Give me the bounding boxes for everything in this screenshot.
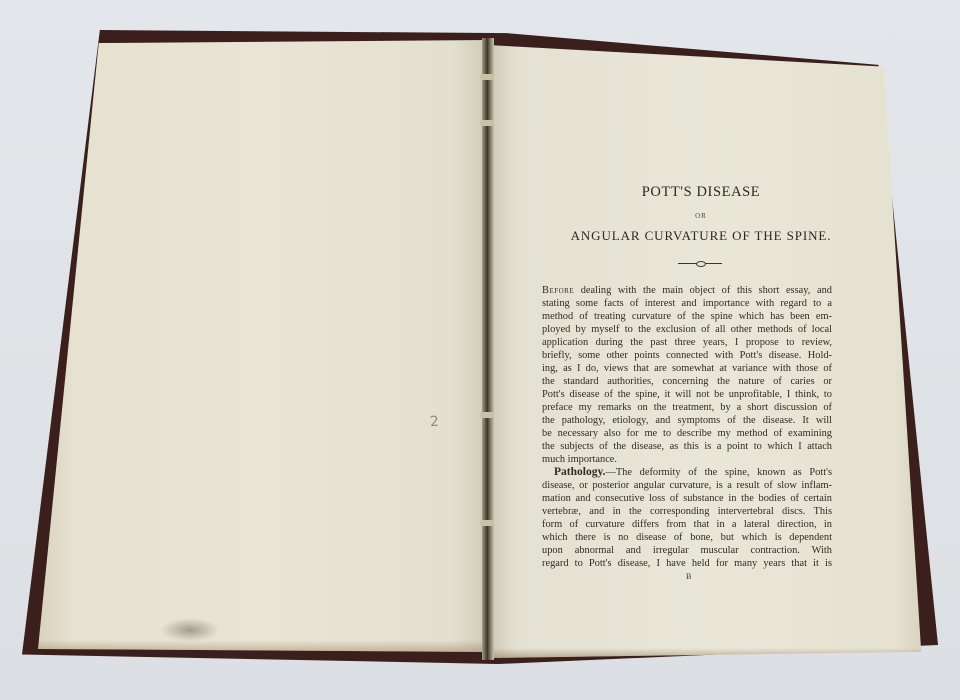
pencil-mark: 2 (429, 414, 439, 431)
text-line: preface my remarks on the treatment, by … (542, 401, 832, 414)
page-subtitle: ANGULAR CURVATURE OF THE SPINE. (534, 228, 868, 244)
text-line: be necessary also for me to describe my … (542, 427, 832, 440)
text-line: vertebræ, and in the corresponding inter… (542, 505, 832, 518)
text-line: Before dealing with the main object of t… (542, 284, 832, 297)
line-text: dealing with the main object of this sho… (574, 285, 832, 296)
text-line: method of treating curvature of the spin… (542, 310, 832, 323)
left-page (38, 40, 488, 652)
line-text: —The deformity of the spine, known as Po… (605, 467, 832, 478)
section-heading: Pathology. (554, 466, 605, 478)
text-line: which there is no disease of bone, but w… (542, 531, 832, 544)
text-line: ing, as I do, views that are somewhat at… (542, 362, 832, 375)
text-line: the standard authorities, concerning the… (542, 375, 832, 388)
text-line: briefly, some other points connected wit… (542, 349, 832, 362)
book-gutter (482, 38, 494, 660)
foxing-stain (160, 618, 220, 642)
text-line: the pathology, etiology, and symptoms of… (542, 414, 832, 427)
text-line: mation and consecutive loss of substance… (542, 492, 832, 505)
signature-mark: B (686, 572, 691, 581)
text-line: regard to Pott's disease, I have held fo… (542, 557, 832, 570)
text-line: application during the past three years,… (542, 336, 832, 349)
text-line: Pott's disease of the spine, it will not… (542, 388, 832, 401)
text-line: Pathology.—The deformity of the spine, k… (542, 466, 832, 479)
text-line: stating some facts of interest and impor… (542, 297, 832, 310)
binding-thread (480, 520, 494, 526)
binding-thread (480, 120, 494, 126)
page-title: POTT'S DISEASE (542, 184, 860, 201)
text-line: ployed by myself to the exclusion of all… (542, 323, 832, 336)
binding-thread (480, 74, 494, 80)
binding-thread (480, 412, 494, 418)
ornamental-rule (678, 263, 722, 264)
text-line: the subjects of the disease, as this is … (542, 440, 832, 453)
text-line: upon abnormal and irregular muscular con… (542, 544, 832, 557)
title-conjunction: OR (542, 212, 860, 220)
text-line: disease, or posterior angular curvature,… (542, 479, 832, 492)
text-line: form of curvature differs from that in a… (542, 518, 832, 531)
photo-scene: 2 POTT'S DISEASE OR ANGULAR CURVATURE OF… (0, 0, 960, 700)
opening-word: Before (542, 285, 574, 296)
text-line: much importance. (542, 453, 832, 466)
